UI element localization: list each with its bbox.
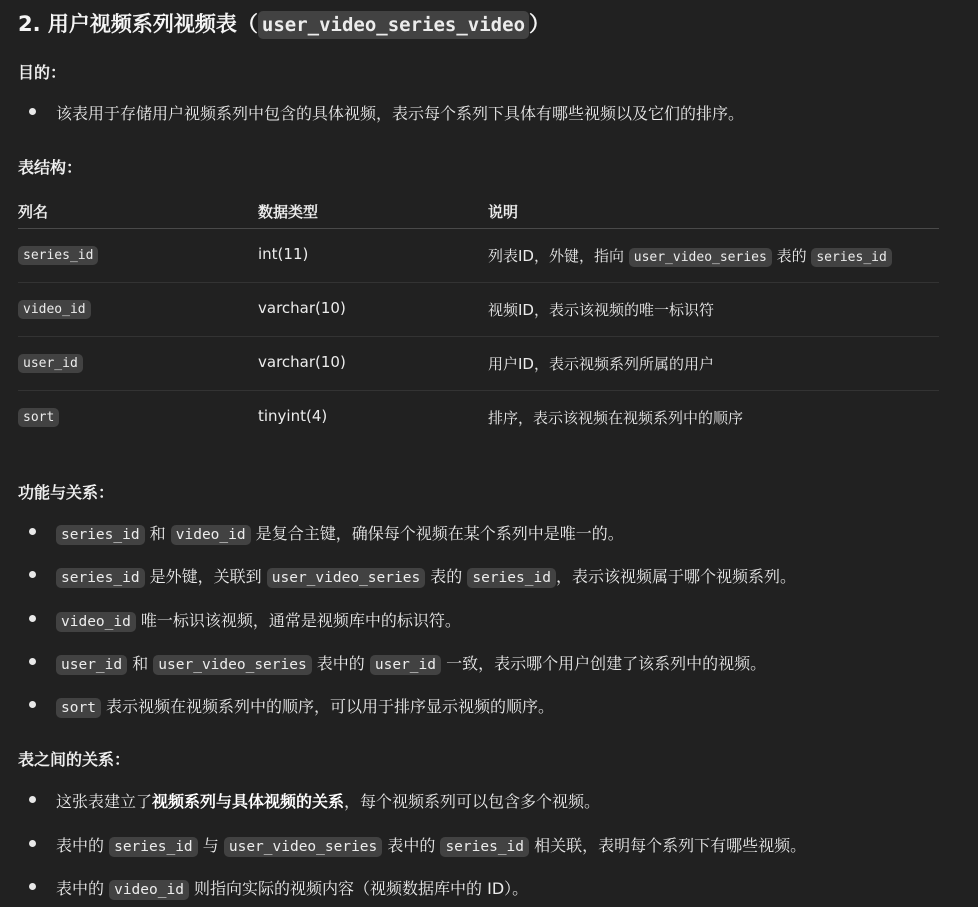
column-type: int(11) (258, 245, 308, 263)
purpose-text: 该表用于存储用户视频系列中包含的具体视频，表示每个系列下具体有哪些视频以及它们的… (56, 101, 744, 124)
heading-suffix: ） (529, 12, 550, 36)
inline-code: series_id (109, 837, 198, 857)
text: ，表示该视频属于哪个视频系列。 (556, 567, 796, 586)
row-divider (18, 282, 939, 283)
column-name-code: user_id (18, 354, 83, 373)
column-desc: 用户ID，表示视频系列所属的用户 (488, 353, 714, 374)
inline-code: user_id (56, 655, 127, 675)
text: 表示视频在视频系列中的顺序，可以用于排序显示视频的顺序。 (101, 697, 554, 716)
text: 是复合主键，确保每个视频在某个系列中是唯一的。 (251, 524, 624, 543)
inline-code: user_id (370, 655, 441, 675)
column-name-code: video_id (18, 300, 91, 319)
structure-title: 表结构： (18, 155, 82, 178)
text: 与 (198, 836, 224, 855)
bullet-icon (29, 615, 36, 622)
heading-prefix: 2. 用户视频系列视频表（ (18, 12, 258, 36)
column-header-desc: 说明 (488, 201, 518, 222)
text: 一致，表示哪个用户创建了该系列中的视频。 (441, 654, 766, 673)
section-heading: 2. 用户视频系列视频表（user_video_series_video） (18, 8, 550, 38)
text: 则指向实际的视频内容（视频数据库中的 ID）。 (189, 879, 528, 898)
desc-text: 列表ID，外键，指向 (488, 247, 629, 265)
text: 是外键，关联到 (145, 567, 267, 586)
list-item: video_id 唯一标识该视频，通常是视频库中的标识符。 (0, 607, 978, 631)
desc-text: 表的 (772, 247, 812, 265)
column-type: varchar(10) (258, 353, 346, 371)
inline-code: user_video_series (224, 837, 382, 857)
inline-code: series_id (56, 568, 145, 588)
text: 表的 (425, 567, 467, 586)
inline-code: user_video_series (153, 655, 311, 675)
relations-title: 表之间的关系： (18, 747, 130, 770)
text: 表中的 (56, 879, 109, 898)
inline-code: video_id (109, 880, 189, 900)
text: 相关联，表明每个系列下有哪些视频。 (529, 836, 806, 855)
bullet-icon (29, 840, 36, 847)
column-header-type: 数据类型 (258, 201, 318, 222)
text: 和 (145, 524, 171, 543)
table-header-divider (18, 228, 939, 229)
inline-code: user_video_series (267, 568, 425, 588)
column-desc: 列表ID，外键，指向 user_video_series 表的 series_i… (488, 245, 892, 266)
column-desc: 排序，表示该视频在视频系列中的顺序 (488, 407, 743, 428)
bullet-icon (29, 796, 36, 803)
list-item: user_id 和 user_video_series 表中的 user_id … (0, 650, 978, 674)
inline-code: sort (56, 698, 101, 718)
list-item: series_id 和 video_id 是复合主键，确保每个视频在某个系列中是… (0, 520, 978, 544)
column-name-code: series_id (18, 246, 98, 265)
bullet-icon (29, 883, 36, 890)
column-type: varchar(10) (258, 299, 346, 317)
inline-code: series_id (440, 837, 529, 857)
row-divider (18, 336, 939, 337)
list-item: 这张表建立了视频系列与具体视频的关系，每个视频系列可以包含多个视频。 (0, 788, 978, 812)
list-item: series_id 是外键，关联到 user_video_series 表的 s… (0, 563, 978, 587)
column-name-code: sort (18, 408, 59, 427)
purpose-title: 目的： (18, 60, 66, 83)
text: 表中的 (382, 836, 440, 855)
bullet-icon (29, 528, 36, 535)
bullet-icon (29, 701, 36, 708)
inline-code: series_id (56, 525, 145, 545)
column-desc: 视频ID，表示该视频的唯一标识符 (488, 299, 714, 320)
list-item: 表中的 video_id 则指向实际的视频内容（视频数据库中的 ID）。 (0, 875, 978, 899)
list-item: 表中的 series_id 与 user_video_series 表中的 se… (0, 832, 978, 856)
column-header-name: 列名 (18, 201, 48, 222)
inline-code: series_id (467, 568, 556, 588)
bullet-icon (29, 571, 36, 578)
inline-code: video_id (56, 612, 136, 632)
text: 表中的 (312, 654, 370, 673)
bullet-icon (29, 658, 36, 665)
document: 2. 用户视频系列视频表（user_video_series_video） 目的… (0, 0, 978, 907)
list-item: 该表用于存储用户视频系列中包含的具体视频，表示每个系列下具体有哪些视频以及它们的… (0, 100, 978, 124)
bold-text: 视频系列与具体视频的关系 (152, 792, 344, 811)
text: 这张表建立了 (56, 792, 152, 811)
text: 表中的 (56, 836, 109, 855)
inline-code: video_id (171, 525, 251, 545)
table-name-code: user_video_series_video (258, 11, 529, 39)
desc-code: user_video_series (629, 248, 772, 267)
bullet-icon (29, 108, 36, 115)
text: 和 (127, 654, 153, 673)
list-item: sort 表示视频在视频系列中的顺序，可以用于排序显示视频的顺序。 (0, 693, 978, 717)
functions-title: 功能与关系： (18, 480, 114, 503)
text: ，每个视频系列可以包含多个视频。 (344, 792, 600, 811)
row-divider (18, 390, 939, 391)
text: 唯一标识该视频，通常是视频库中的标识符。 (136, 611, 461, 630)
column-type: tinyint(4) (258, 407, 327, 425)
desc-code: series_id (811, 248, 891, 267)
